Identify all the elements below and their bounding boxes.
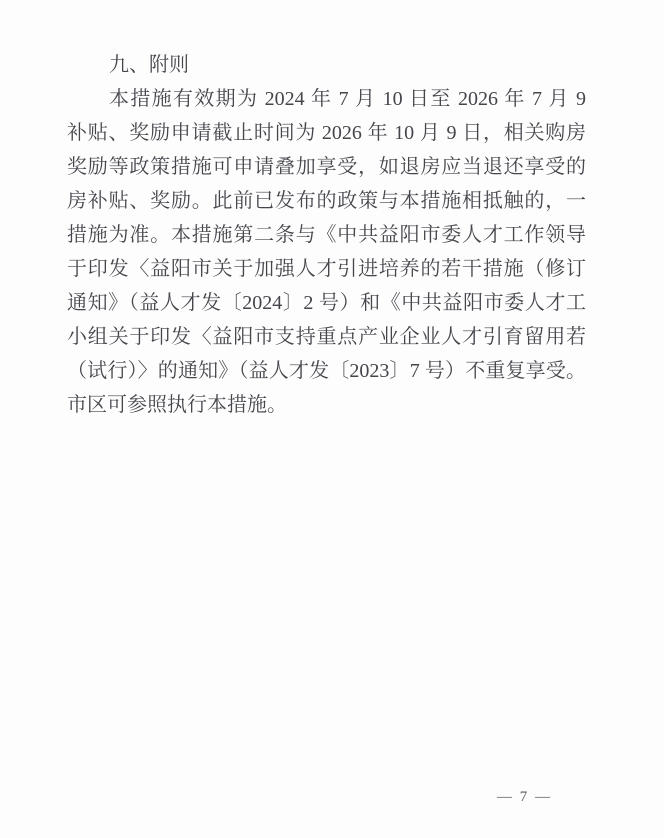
document-line: （试行）〉的通知》（益人才发〔2023〕7 号）不重复享受。其他县 <box>67 354 586 388</box>
document-line: 奖励等政策措施可申请叠加享受，如退房应当退还享受的相应购 <box>67 150 586 184</box>
document-body: 九、附则本措施有效期为 2024 年 7 月 10 日至 2026 年 7 月 … <box>67 48 586 422</box>
document-line: 通知》（益人才发〔2024〕2 号）和《中共益阳市委人才工作领导 <box>67 286 586 320</box>
document-line: 本措施有效期为 2024 年 7 月 10 日至 2026 年 7 月 9 日。… <box>67 82 586 116</box>
document-line: 房补贴、奖励。此前已发布的政策与本措施相抵触的，一律以本 <box>67 184 586 218</box>
document-line: 小组关于印发〈益阳市支持重点产业企业人才引育留用若干措施 <box>67 320 586 354</box>
page-number: — 7 — <box>497 789 552 806</box>
document-line: 市区可参照执行本措施。 <box>67 388 586 422</box>
document-line: 措施为准。本措施第二条与《中共益阳市委人才工作领导小组关 <box>67 218 586 252</box>
document-line: 于印发〈益阳市关于加强人才引进培养的若干措施（修订版）〉的 <box>67 252 586 286</box>
document-page: 九、附则本措施有效期为 2024 年 7 月 10 日至 2026 年 7 月 … <box>0 0 664 838</box>
section-heading: 九、附则 <box>67 48 586 82</box>
document-line: 补贴、奖励申请截止时间为 2026 年 10 月 9 日，相关购房补贴、 <box>67 116 586 150</box>
